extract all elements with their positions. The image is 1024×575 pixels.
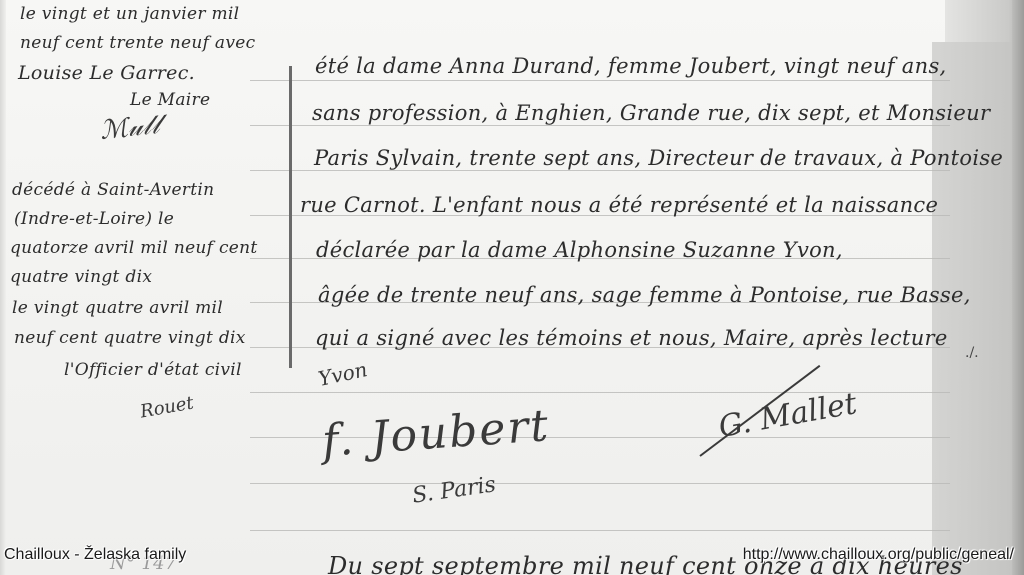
margin-annotation-line: quatorze avril mil neuf cent xyxy=(10,238,258,258)
margin-annotation-line: quatre vingt dix xyxy=(10,267,152,287)
margin-annotation-line: neuf cent trente neuf avec xyxy=(20,33,255,53)
record-body-line: déclarée par la dame Alphonsine Suzanne … xyxy=(316,238,843,262)
ruled-line xyxy=(250,483,950,484)
ruled-line xyxy=(250,125,950,126)
margin-annotation-line: le vingt et un janvier mil xyxy=(20,4,239,24)
mayor-signature: ℳ𝓊𝓁𝓁 xyxy=(99,110,162,147)
witness-signature: S. Paris xyxy=(411,472,498,508)
margin-annotation-line: le vingt quatre avril mil xyxy=(12,298,223,318)
margin-annotation-line: Louise Le Garrec. xyxy=(18,62,195,84)
margin-signature-label: Le Maire xyxy=(130,90,210,110)
margin-annotation-line: décédé à Saint-Avertin xyxy=(12,180,214,200)
margin-divider xyxy=(289,66,292,368)
margin-annotation-line: l'Officier d'état civil xyxy=(64,360,242,380)
ruled-line xyxy=(250,170,950,171)
record-body-line: âgée de trente neuf ans, sage femme à Po… xyxy=(318,283,971,307)
book-edge xyxy=(1012,0,1024,575)
source-url-caption[interactable]: http://www.chailloux.org/public/geneal/ xyxy=(743,546,1014,564)
scanned-register-page: le vingt et un janvier mil neuf cent tre… xyxy=(0,0,1024,575)
page-left-edge xyxy=(0,0,6,575)
end-of-entry-mark: ./. xyxy=(965,345,979,361)
record-body-line: sans profession, à Enghien, Grande rue, … xyxy=(312,101,990,125)
joubert-signature: f. Joubert xyxy=(320,400,551,467)
officer-signature: Rouet xyxy=(139,392,196,422)
ruled-line xyxy=(250,530,950,531)
declarant-signature: Yvon xyxy=(316,357,369,391)
family-caption: Chailloux - Želaska family xyxy=(4,546,186,564)
record-body-line: rue Carnot. L'enfant nous a été représen… xyxy=(300,193,938,217)
margin-annotation-line: (Indre-et-Loire) le xyxy=(14,209,174,229)
record-body-line: été la dame Anna Durand, femme Joubert, … xyxy=(315,54,947,78)
margin-annotation-line: neuf cent quatre vingt dix xyxy=(14,328,246,348)
ruled-line xyxy=(250,80,950,81)
record-body-line: qui a signé avec les témoins et nous, Ma… xyxy=(315,326,948,350)
record-body-line: Paris Sylvain, trente sept ans, Directeu… xyxy=(314,146,1003,170)
